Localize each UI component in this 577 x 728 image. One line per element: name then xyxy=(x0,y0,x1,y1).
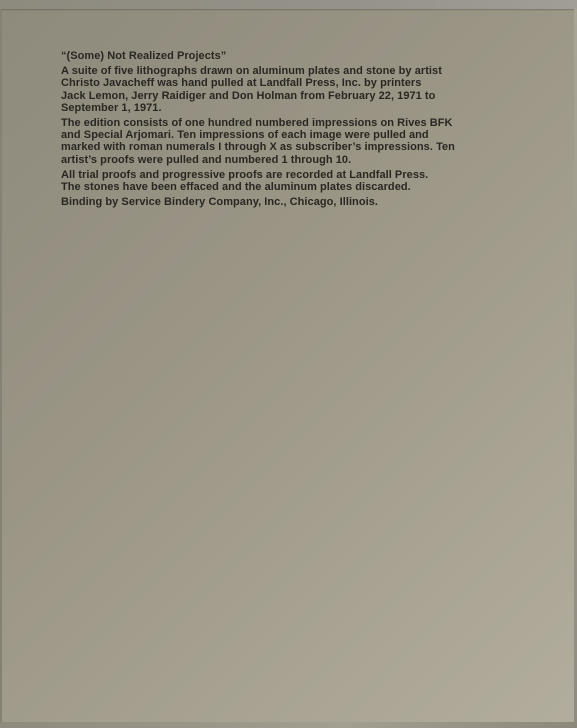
page-top-edge xyxy=(0,0,577,9)
text-line: artist’s proofs were pulled and numbered… xyxy=(61,154,551,166)
text-line: and Special Arjomari. Ten impressions of… xyxy=(61,129,551,141)
document-title: “(Some) Not Realized Projects” xyxy=(61,50,551,62)
page-bottom-edge xyxy=(0,722,577,728)
paragraph-proofs-record: All trial proofs and progressive proofs … xyxy=(61,169,551,193)
text-line: The stones have been effaced and the alu… xyxy=(61,181,551,193)
page-left-edge xyxy=(0,9,2,728)
text-line: Binding by Service Bindery Company, Inc.… xyxy=(61,196,551,208)
paragraph-edition-details: The edition consists of one hundred numb… xyxy=(61,117,551,166)
text-line: All trial proofs and progressive proofs … xyxy=(61,169,551,181)
paper-page: “(Some) Not Realized Projects” A suite o… xyxy=(0,0,577,728)
text-line: A suite of five lithographs drawn on alu… xyxy=(61,65,551,77)
text-line: Christo Javacheff was hand pulled at Lan… xyxy=(61,77,551,89)
colophon-text-block: “(Some) Not Realized Projects” A suite o… xyxy=(61,50,551,211)
text-line: The edition consists of one hundred numb… xyxy=(61,117,551,129)
text-line: September 1, 1971. xyxy=(61,102,551,114)
paragraph-printing-details: A suite of five lithographs drawn on alu… xyxy=(61,65,551,114)
text-line: Jack Lemon, Jerry Raidiger and Don Holma… xyxy=(61,90,551,102)
paragraph-binding: Binding by Service Bindery Company, Inc.… xyxy=(61,196,551,208)
text-line: marked with roman numerals I through X a… xyxy=(61,141,551,153)
